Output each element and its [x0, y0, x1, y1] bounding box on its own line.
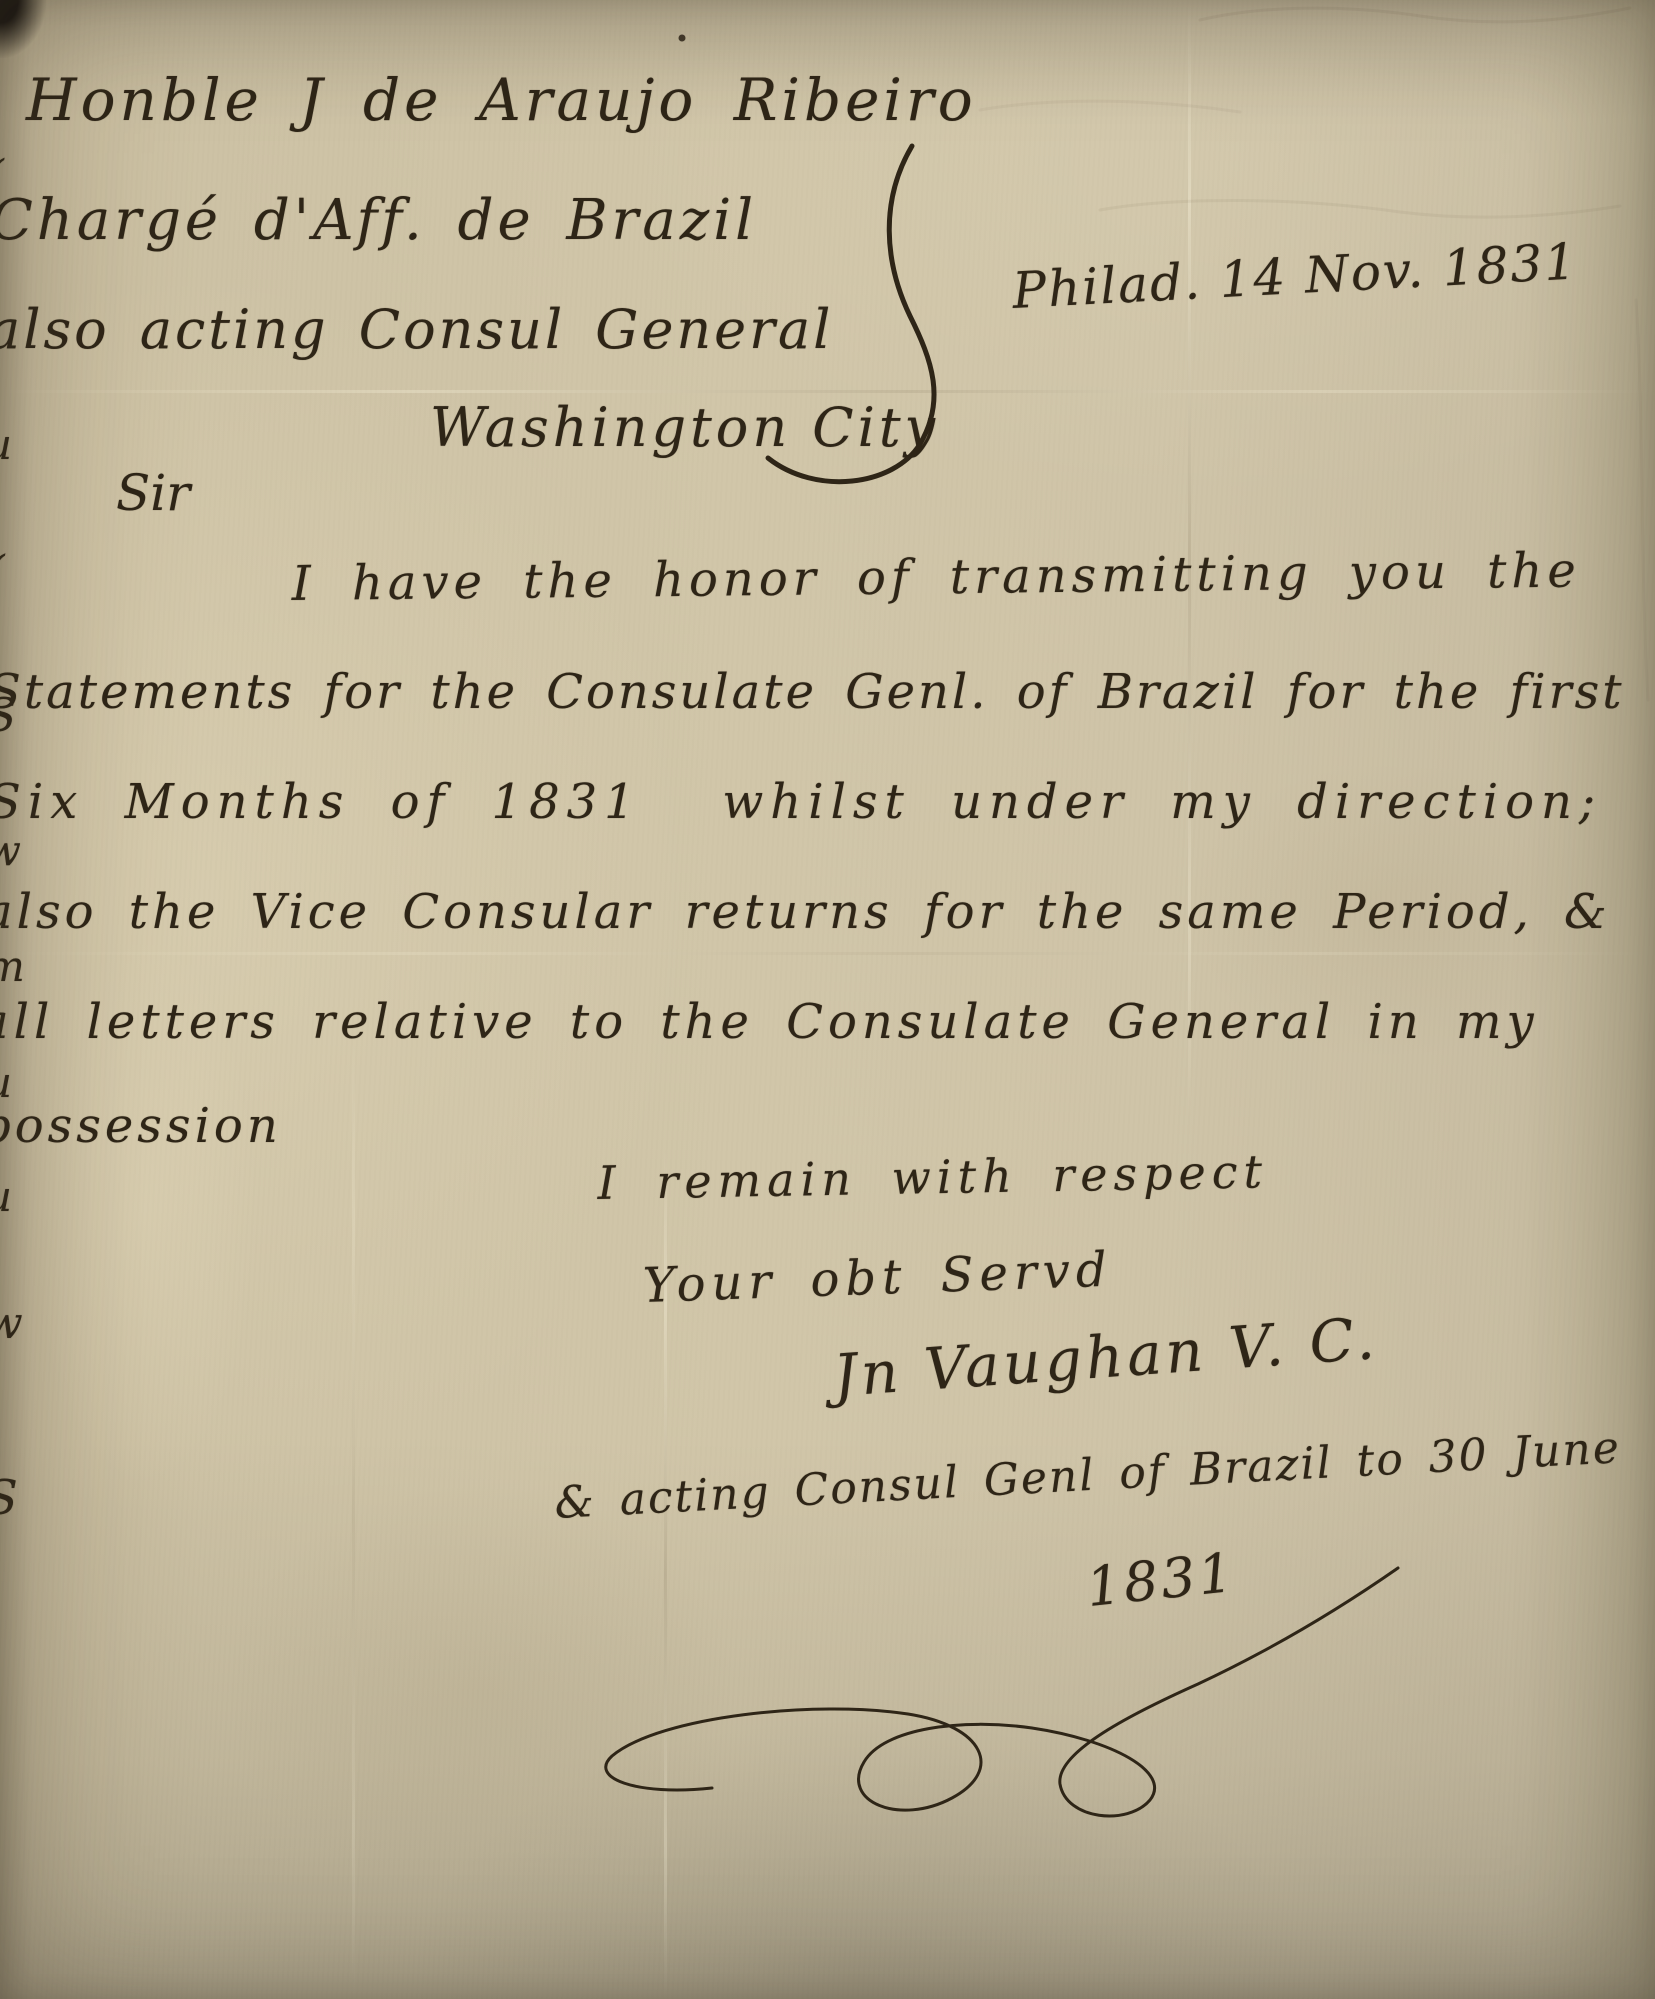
signature-title-line: & acting Consul Genl of Brazil to 30 Jun… [553, 1422, 1622, 1529]
paper-stain [220, 1480, 740, 1900]
margin-ink-fragment: ( [0, 545, 5, 603]
margin-ink-fragment: w [0, 826, 21, 875]
ink-dot [679, 35, 686, 42]
body-line-6: possession [0, 1098, 282, 1154]
recipient-line-1: Honble J de Araujo Ribeiro [26, 66, 977, 134]
margin-ink-fragment: w [0, 1298, 23, 1349]
salutation: Sir [116, 464, 190, 522]
closing-respect-line: I remain with respect [597, 1144, 1268, 1210]
recipient-line-3: also acting Consul General [0, 298, 833, 361]
recipient-line-4: Washington City [430, 396, 939, 459]
fold-crease-horizontal [0, 390, 1655, 393]
letter-scan: ( j u ( S w m u u w S Honble J de Araujo… [0, 0, 1655, 1999]
body-line-1: I have the honor of transmitting you the [291, 543, 1581, 612]
recipient-line-2: Chargé d'Aff. de Brazil [0, 188, 757, 253]
body-line-2: Statements for the Consulate Genl. of Br… [0, 664, 1625, 720]
closing-servant-line: Your obt Servd [642, 1242, 1113, 1314]
fold-crease-horizontal [0, 952, 1655, 955]
margin-ink-fragment: u [0, 420, 12, 469]
signature: Jn Vaughan V. C. [831, 1304, 1380, 1410]
margin-ink-fragment: S [0, 1470, 18, 1526]
body-line-5: all letters relative to the Consulate Ge… [0, 994, 1539, 1050]
dateline: Philad. 14 Nov. 1831 [1011, 232, 1579, 320]
margin-ink-fragment: m [0, 942, 25, 991]
body-line-3: Six Months of 1831 whilst under my direc… [0, 774, 1602, 830]
corner-smudge [0, 0, 46, 58]
body-line-4: also the Vice Consular returns for the s… [0, 884, 1611, 940]
signature-flourish [606, 1568, 1398, 1816]
margin-ink-fragment: u [0, 1172, 12, 1221]
signature-year: 1831 [1083, 1541, 1238, 1619]
fold-crease-vertical [352, 1040, 355, 1999]
